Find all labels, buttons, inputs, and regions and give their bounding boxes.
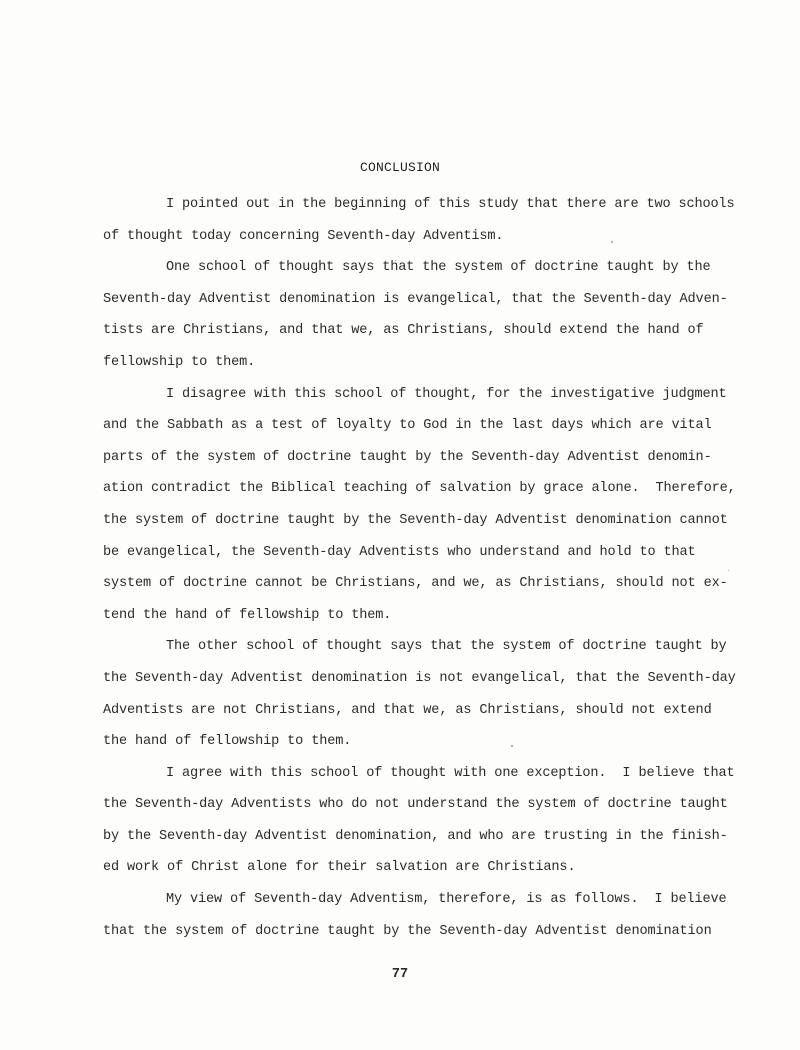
paragraph-line: of thought today concerning Seventh-day …	[103, 225, 733, 257]
paragraph-line: ed work of Christ alone for their salvat…	[103, 856, 733, 888]
paper-speck	[728, 570, 729, 571]
paragraph-line: the Seventh-day Adventist denomination i…	[103, 667, 733, 699]
paper-speck	[611, 241, 613, 243]
paragraph-line: tists are Christians, and that we, as Ch…	[103, 319, 733, 351]
paragraph-line: system of doctrine cannot be Christians,…	[103, 572, 733, 604]
body-text: I pointed out in the beginning of this s…	[103, 193, 733, 951]
paragraph-line: ation contradict the Biblical teaching o…	[103, 477, 733, 509]
paragraph-first-line: I agree with this school of thought with…	[103, 762, 733, 794]
document-page: CONCLUSION I pointed out in the beginnin…	[0, 0, 800, 1050]
page-number: 77	[0, 967, 800, 982]
paragraph-first-line: The other school of thought says that th…	[103, 635, 733, 667]
paragraph-line: the hand of fellowship to them.	[103, 730, 733, 762]
paragraph-line: Seventh-day Adventist denomination is ev…	[103, 288, 733, 320]
paragraph-line: the Seventh-day Adventists who do not un…	[103, 793, 733, 825]
paper-speck	[395, 260, 396, 261]
paragraph-line: parts of the system of doctrine taught b…	[103, 446, 733, 478]
paragraph-first-line: I pointed out in the beginning of this s…	[103, 193, 733, 225]
paragraph-first-line: I disagree with this school of thought, …	[103, 383, 733, 415]
paper-speck	[511, 745, 513, 747]
paragraph-first-line: My view of Seventh-day Adventism, theref…	[103, 888, 733, 920]
paragraph-line: by the Seventh-day Adventist denominatio…	[103, 825, 733, 857]
paragraph-line: fellowship to them.	[103, 351, 733, 383]
paragraph-line: the system of doctrine taught by the Sev…	[103, 509, 733, 541]
paragraph-first-line: One school of thought says that the syst…	[103, 256, 733, 288]
paragraph-line: that the system of doctrine taught by th…	[103, 920, 733, 952]
paragraph-line: be evangelical, the Seventh-day Adventis…	[103, 541, 733, 573]
chapter-heading: CONCLUSION	[0, 160, 800, 175]
paragraph-line: Adventists are not Christians, and that …	[103, 699, 733, 731]
paragraph-line: tend the hand of fellowship to them.	[103, 604, 733, 636]
paragraph-line: and the Sabbath as a test of loyalty to …	[103, 414, 733, 446]
